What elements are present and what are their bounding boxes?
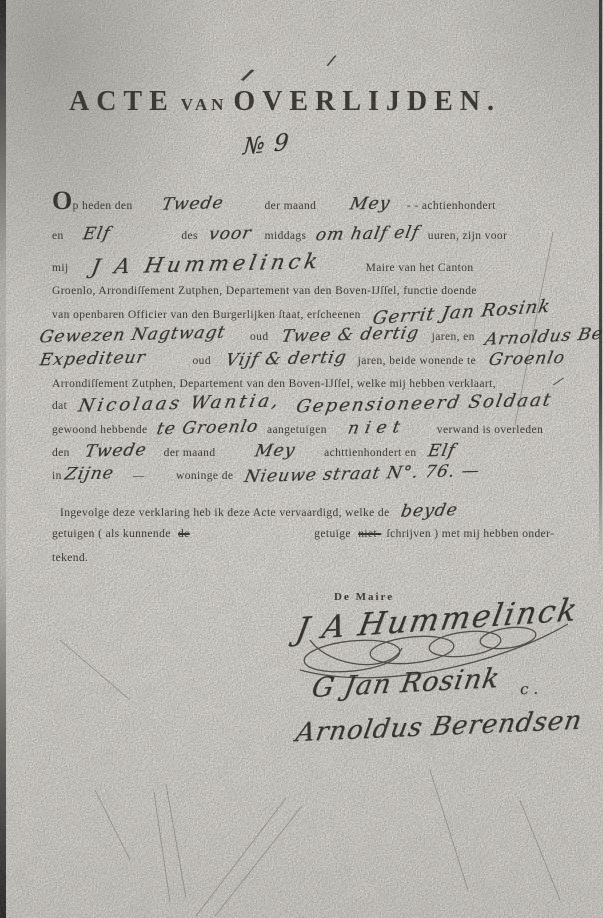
printed-text: aangetuigen xyxy=(267,424,327,436)
hw-witness2-age: Vijf & dertig xyxy=(225,350,349,368)
hw-deceased-name: Nicolaas Wantia, xyxy=(77,393,282,413)
body-line-4: Groenlo, Arrondiſſement Zutphen, Departe… xyxy=(52,284,477,299)
signature-witness2: Arnoldus Berendsen xyxy=(294,706,585,749)
body-line-9: dat Nicolaas Wantia, Gepensioneerd Solda… xyxy=(52,396,552,414)
body-line-11: den Twede der maand Mey achttienhondert … xyxy=(52,444,455,461)
printed-text: verwand is overleden xyxy=(437,424,543,436)
body-line-14: getuigen ( als kunnende de getuige niet-… xyxy=(52,527,554,542)
printed-text: mij xyxy=(52,262,69,274)
pen-mark-right-margin: ⁄ xyxy=(554,375,561,390)
hw-mayor-name: J A Hummelinck xyxy=(90,254,322,275)
printed-text: Op heden den xyxy=(52,196,133,214)
hw-death-month: Mey xyxy=(253,443,296,459)
body-line-13: Ingevolge deze verklaring heb ik deze Ac… xyxy=(60,504,457,521)
hw-hour: om half elf xyxy=(314,226,420,244)
body-line-3: mij J A Hummelinck Maire van het Canton xyxy=(52,257,474,276)
printed-text: jaren, en xyxy=(432,331,475,343)
printed-text: dat xyxy=(52,400,67,412)
hw-witness-count: beyde xyxy=(399,503,459,519)
pen-mark-top-left: ⁄⁄⁄ xyxy=(243,66,250,86)
pen-mark-top-right: ⁄⁄ xyxy=(329,52,333,70)
signature-witness1-extra-mark: c . xyxy=(520,680,539,699)
printed-text: woninge de xyxy=(176,470,233,482)
printed-text: Maire van het Canton xyxy=(366,262,474,274)
hw-witness1-occupation: Gewezen Nagtwagt xyxy=(38,326,227,346)
hw-deceased-occupation: Gepensioneerd Soldaat xyxy=(295,393,554,415)
body-line-10: gewoond hebbende te Groenlo aangetuigen … xyxy=(52,421,543,438)
hw-death-year: Elf xyxy=(426,444,456,460)
printed-text: getuige xyxy=(314,528,351,540)
printed-text: uuren, zijn voor xyxy=(428,230,508,242)
hw-deceased-residence: te Groenlo xyxy=(155,420,259,438)
hw-year: Elf xyxy=(81,227,111,243)
printed-text: oud xyxy=(193,355,211,367)
printed-text: Ingevolge deze verklaring heb ik deze Ac… xyxy=(60,507,390,519)
printed-text: des xyxy=(181,230,198,242)
printed-text: middags xyxy=(265,230,307,242)
body-line-1: Op heden den Twede der maand Mey - - ach… xyxy=(52,196,496,214)
body-line-5: van openbaren Officier van den Burgerlij… xyxy=(52,305,549,323)
printed-text: den xyxy=(52,447,70,459)
printed-text: en xyxy=(52,230,64,242)
hw-death-place: Zijne xyxy=(64,466,116,482)
struck-word-niet: niet- xyxy=(358,528,381,540)
printed-text: in xyxy=(52,470,62,482)
hw-witness1-age: Twee & dertig xyxy=(280,326,420,345)
title-word-acte: ACTE xyxy=(69,86,175,117)
body-line-15: tekend. xyxy=(52,551,88,566)
printed-text: gewoond hebbende xyxy=(52,424,148,436)
mayor-role-label: De Maire xyxy=(334,591,394,603)
hw-witness2-name: Arnoldus Berendsen xyxy=(483,323,603,348)
document-title: ACTEVANOVERLIJDEN. xyxy=(0,86,570,118)
printed-text: tekend. xyxy=(52,552,88,564)
scan-edge-left xyxy=(0,0,6,918)
hw-relation: niet xyxy=(347,420,407,436)
body-line-2: en Elf des voor middags om half elf uure… xyxy=(52,227,507,244)
body-line-6: Gewezen Nagtwagt oud Twee & dertig jaren… xyxy=(40,328,603,345)
title-word-van: VAN xyxy=(175,95,234,114)
hw-month: Mey xyxy=(348,196,391,212)
hw-death-address: Nieuwe straat N°. 76. — xyxy=(243,464,481,485)
hw-witnesses-residence: Groenlo xyxy=(488,351,567,368)
body-line-12: in Zijne — woninge de Nieuwe straat N°. … xyxy=(52,467,479,484)
printed-text: jaren, beide wonende te xyxy=(358,355,476,367)
printed-text: getuigen ( als kunnende xyxy=(52,528,171,540)
printed-text: der maand xyxy=(164,447,216,459)
printed-text: der maand xyxy=(264,200,316,212)
printed-text: Arrondiſſement Zutphen, Departement van … xyxy=(52,378,496,390)
hw-death-day: Twede xyxy=(84,443,148,460)
signature-witness1: G Jan Rosink xyxy=(309,663,502,704)
act-number: № 9 xyxy=(242,129,290,160)
death-certificate-page: ⁄⁄⁄ ⁄⁄ ⁄ ACTEVANOVERLIJDEN. № 9 Op heden… xyxy=(0,0,603,918)
struck-word-de: de xyxy=(178,528,190,540)
printed-text: achttienhondert en xyxy=(324,447,416,459)
printed-text: van openbaren Officier van den Burgerlij… xyxy=(52,309,361,321)
printed-text: ſchrijven ) met mij hebben onder- xyxy=(387,528,555,540)
printed-text: Groenlo, Arrondiſſement Zutphen, Departe… xyxy=(52,285,477,297)
printed-text: - - achtienhondert xyxy=(407,200,496,212)
printed-text: — xyxy=(133,470,145,482)
hw-witness2-occupation: Expediteur xyxy=(38,351,147,369)
hw-day: Twede xyxy=(160,196,224,213)
hw-witness1-name: Gerrit Jan Rosink xyxy=(371,299,551,326)
scan-edge-right xyxy=(599,0,602,560)
hw-daypart: voor xyxy=(208,226,253,242)
printed-text: oud xyxy=(250,331,268,343)
body-line-7: Expediteur oud Vijf & dertig jaren, beid… xyxy=(40,352,565,369)
title-word-overlijden: OVERLIJDEN. xyxy=(233,86,501,117)
